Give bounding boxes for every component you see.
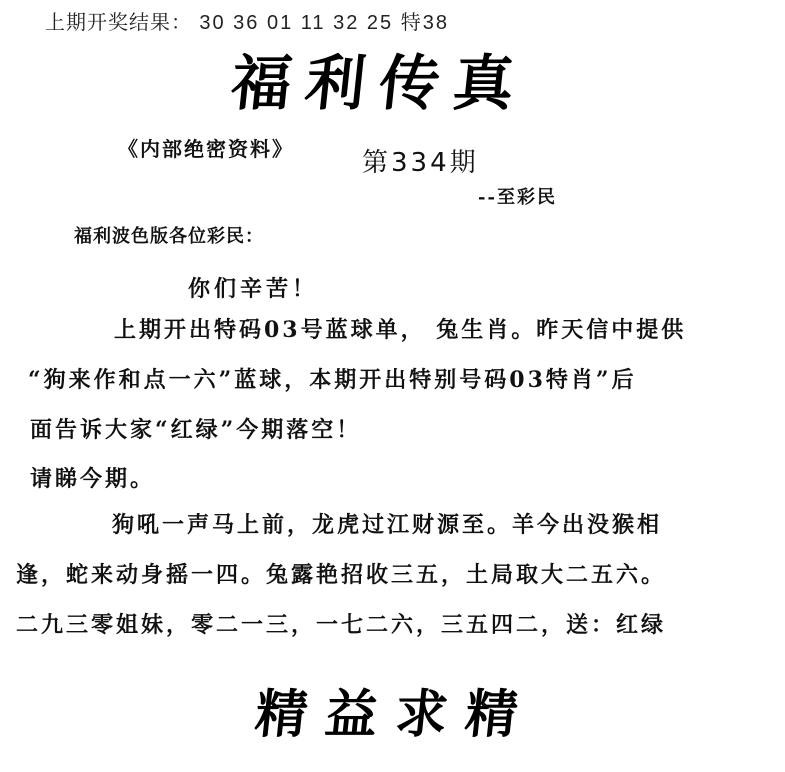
body-line-3: 面告诉大家“红绿”今期落空！ [30,413,361,444]
last-result-numbers: 30 36 01 11 32 25 特38 [199,12,449,34]
subtitle: 《内部绝密资料》 [118,133,294,162]
poem-line-1: 狗吼一声马上前，龙虎过江财源至。羊今出没猴相 [112,508,662,539]
page-title: 福利传真 [227,36,532,122]
poem-line-2: 逢，蛇来动身摇一四。兔露艳招收三五，土局取大二五六。 [16,558,666,589]
body-line-4: 请睇今期。 [30,462,155,493]
author-signature: --至彩民 [478,183,557,209]
poem-line-3: 二九三零姐妹，零二一三，一七二六，三五四二，送：红绿 [16,608,666,639]
last-result-label: 上期开奖结果： [45,10,192,34]
body-line-1: 上期开出特码03号蓝球单， 兔生肖。昨天信中提供 [114,313,686,344]
issue-number: 第334期 [362,142,479,179]
body-line-2: “狗来作和点一六”蓝球，本期开出特别号码03特肖”后 [28,363,637,394]
thanks-line: 你们辛苦！ [188,272,318,303]
greeting: 福利波色版各位彩民： [74,222,264,248]
motto: 精益求精 [252,672,540,747]
last-draw-result: 上期开奖结果： 30 36 01 11 32 25 特38 [45,6,449,35]
